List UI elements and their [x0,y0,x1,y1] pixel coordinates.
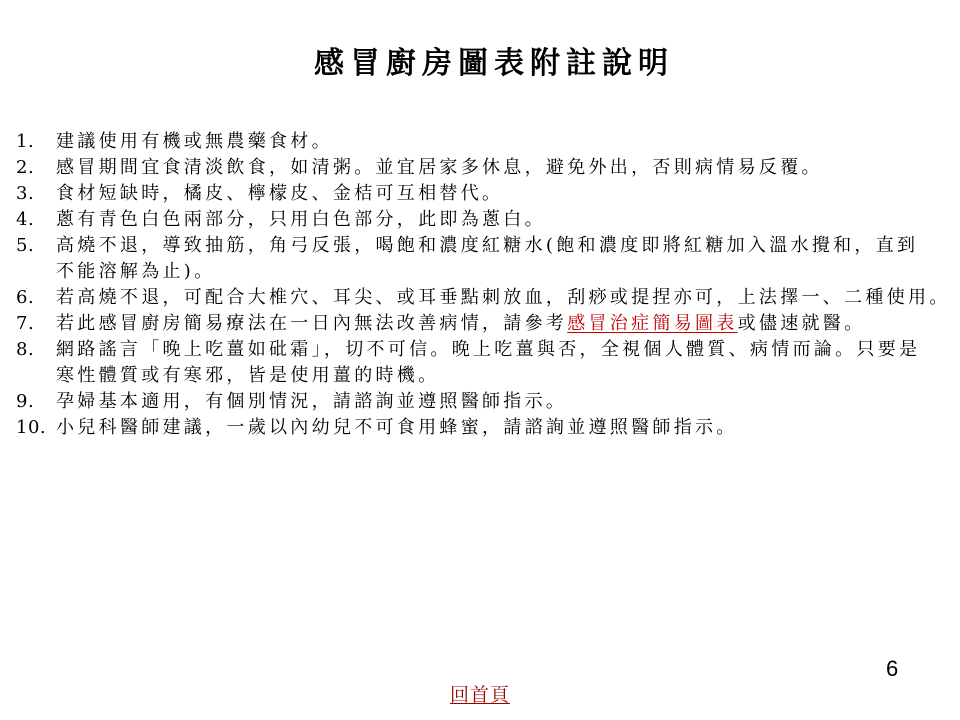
slide: 感冒廚房圖表附註說明 1. 建議使用有機或無農藥食材。 2. 感冒期間宜食清淡飲… [0,0,960,720]
list-item: 1. 建議使用有機或無農藥食材。 [16,129,960,155]
list-item-text: 小兒科醫師建議，一歲以內幼兒不可食用蜂蜜，請諮詢並遵照醫師指示。 [56,415,960,441]
list-item-text: 蔥有青色白色兩部分，只用白色部分，此即為蔥白。 [56,207,960,233]
list-item: 2. 感冒期間宜食清淡飲食，如清粥。並宜居家多休息，避免外出，否則病情易反覆。 [16,155,960,181]
list-item-number: 6. [16,285,56,311]
list-item-text-pre: 若此感冒廚房簡易療法在一日內無法改善病情，請參考 [56,313,567,334]
notes-list: 1. 建議使用有機或無農藥食材。 2. 感冒期間宜食清淡飲食，如清粥。並宜居家多… [16,129,960,441]
list-item: 9. 孕婦基本適用，有個別情況，請諮詢並遵照醫師指示。 [16,389,960,415]
slide-title: 感冒廚房圖表附註說明 [14,38,960,82]
list-item-text: 感冒期間宜食清淡飲食，如清粥。並宜居家多休息，避免外出，否則病情易反覆。 [56,155,960,181]
footer: 回首頁 [0,680,960,707]
list-item: 3. 食材短缺時，橘皮、檸檬皮、金桔可互相替代。 [16,181,960,207]
list-item-text: 網路謠言「晚上吃薑如砒霜」，切不可信。晚上吃薑與否，全視個人體質、病情而論。只要… [56,337,960,363]
list-item-number: 10. [16,415,56,441]
list-item-text: 寒性體質或有寒邪，皆是使用薑的時機。 [56,363,960,389]
list-item: 8. 網路謠言「晚上吃薑如砒霜」，切不可信。晚上吃薑與否，全視個人體質、病情而論… [16,337,960,389]
list-item: 6. 若高燒不退，可配合大椎穴、耳尖、或耳垂點刺放血，刮痧或提捏亦可，上法擇一、… [16,285,960,311]
list-item-number: 3. [16,181,56,207]
list-item-text-post: 或儘速就醫。 [738,313,866,334]
list-item: 7. 若此感冒廚房簡易療法在一日內無法改善病情，請參考感冒治症簡易圖表或儘速就醫… [16,311,960,337]
list-item-number: 9. [16,389,56,415]
list-item: 4. 蔥有青色白色兩部分，只用白色部分，此即為蔥白。 [16,207,960,233]
list-item-text: 建議使用有機或無農藥食材。 [56,129,960,155]
list-item-text: 若此感冒廚房簡易療法在一日內無法改善病情，請參考感冒治症簡易圖表或儘速就醫。 [56,311,960,337]
list-item-text: 孕婦基本適用，有個別情況，請諮詢並遵照醫師指示。 [56,389,960,415]
home-link[interactable]: 回首頁 [450,684,510,706]
list-item: 10. 小兒科醫師建議，一歲以內幼兒不可食用蜂蜜，請諮詢並遵照醫師指示。 [16,415,960,441]
list-item-number: 8. [16,337,56,363]
list-item-number: 1. [16,129,56,155]
list-item-text: 不能溶解為止)。 [56,259,960,285]
list-item-number: 2. [16,155,56,181]
list-item-number: 4. [16,207,56,233]
list-item-text: 若高燒不退，可配合大椎穴、耳尖、或耳垂點刺放血，刮痧或提捏亦可，上法擇一、二種使… [56,285,960,311]
list-item-text: 食材短缺時，橘皮、檸檬皮、金桔可互相替代。 [56,181,960,207]
list-item: 5. 高燒不退，導致抽筋，角弓反張，喝飽和濃度紅糖水(飽和濃度即將紅糖加入溫水攪… [16,233,960,285]
list-item-text: 高燒不退，導致抽筋，角弓反張，喝飽和濃度紅糖水(飽和濃度即將紅糖加入溫水攪和，直… [56,233,960,259]
cold-treatment-chart-link[interactable]: 感冒治症簡易圖表 [567,313,737,334]
list-item-number: 5. [16,233,56,259]
page-number: 6 [886,656,898,682]
list-item-number: 7. [16,311,56,337]
